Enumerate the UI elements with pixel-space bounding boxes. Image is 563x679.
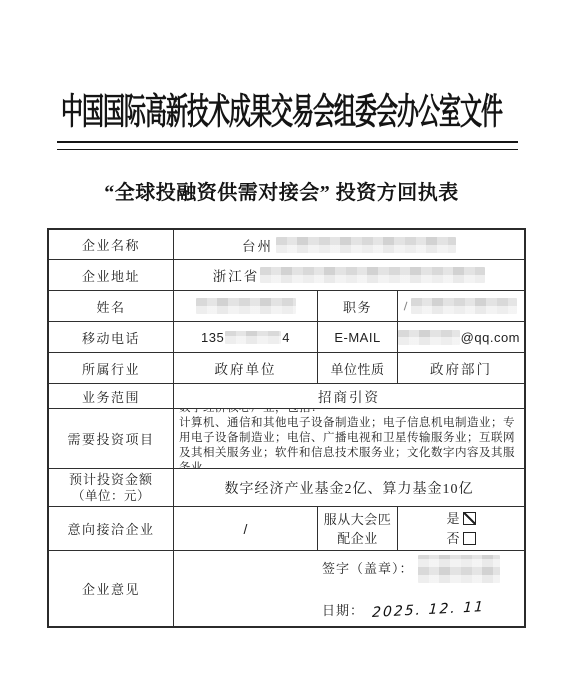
label-position: 职务 bbox=[318, 291, 398, 322]
redaction-contact-name bbox=[196, 298, 296, 314]
company-address-visible-text: 浙江省 bbox=[213, 265, 260, 285]
value-contact-name bbox=[174, 291, 318, 322]
redaction-email bbox=[398, 330, 460, 345]
value-company-address: 浙江省 bbox=[174, 260, 524, 291]
form-title: “全球投融资供需对接会” 投资方回执表 bbox=[0, 176, 563, 205]
redaction-company-address bbox=[260, 267, 485, 283]
label-mobile-phone: 移动电话 bbox=[49, 322, 174, 353]
date-label: 日期： bbox=[322, 600, 364, 619]
label-company-address: 企业地址 bbox=[49, 260, 174, 291]
label-company-name: 企业名称 bbox=[49, 230, 174, 260]
document-title: 中国国际高新技术成果交易会组委会办公室文件 bbox=[0, 89, 563, 126]
document-title-text: 中国国际高新技术成果交易会组委会办公室文件 bbox=[61, 84, 502, 134]
label-investment-amount: 预计投资金额 （单位：元） bbox=[49, 469, 174, 507]
redaction-fragment bbox=[404, 301, 411, 311]
signature-label: 签字（盖章）： bbox=[322, 558, 414, 577]
value-intent-companies: / bbox=[174, 507, 318, 551]
redaction-company-name bbox=[276, 237, 456, 253]
scanned-document-page: 中国国际高新技术成果交易会组委会办公室文件 “全球投融资供需对接会” 投资方回执… bbox=[0, 0, 563, 679]
label-intent-companies: 意向接洽企业 bbox=[49, 507, 174, 551]
yes-checkbox bbox=[463, 512, 476, 525]
label-investment-projects: 需要投资项目 bbox=[49, 409, 174, 469]
value-industry: 政府单位 bbox=[174, 353, 318, 384]
value-investment-projects: 数字经济核心产业，包括： 计算机、通信和其他电子设备制造业；电子信息机电制造业；… bbox=[174, 409, 524, 469]
label-business-scope: 业务范围 bbox=[49, 384, 174, 409]
value-business-scope: 招商引资 bbox=[174, 384, 524, 409]
signature-line: 签字（盖章）： bbox=[322, 558, 500, 583]
label-unit-type: 单位性质 bbox=[318, 353, 398, 384]
header-divider-rule bbox=[57, 141, 518, 150]
label-industry: 所属行业 bbox=[49, 353, 174, 384]
label-match-companies: 服从大会匹配企业 bbox=[318, 507, 398, 551]
phone-end-digit: 4 bbox=[282, 330, 290, 345]
value-company-name: 台州 bbox=[174, 230, 524, 260]
redaction-phone bbox=[225, 331, 281, 344]
yes-option: 是 bbox=[446, 509, 475, 529]
value-company-opinion: 签字（盖章）： 日期： 2025. 12. 11 bbox=[174, 551, 524, 626]
redaction-signature bbox=[418, 555, 500, 583]
no-checkbox bbox=[463, 532, 476, 545]
value-investment-amount: 数字经济产业基金2亿、算力基金10亿 bbox=[174, 469, 524, 507]
label-email: E-MAIL bbox=[318, 322, 398, 353]
investment-amount-label-line1: 预计投资金额 bbox=[69, 471, 153, 488]
yes-label: 是 bbox=[446, 509, 459, 529]
no-option: 否 bbox=[446, 529, 475, 549]
value-position bbox=[398, 291, 524, 322]
no-label: 否 bbox=[446, 529, 459, 549]
value-email: @qq.com bbox=[398, 322, 524, 353]
email-suffix: @qq.com bbox=[461, 330, 520, 345]
investment-projects-text: 数字经济核心产业，包括： 计算机、通信和其他电子设备制造业；电子信息机电制造业；… bbox=[174, 409, 524, 469]
value-unit-type: 政府部门 bbox=[398, 353, 524, 384]
value-match-companies: 是 否 bbox=[398, 507, 524, 551]
company-name-visible-text: 台州 bbox=[242, 235, 273, 255]
handwritten-date: 2025. 12. 11 bbox=[372, 599, 486, 621]
value-mobile-phone: 135 4 bbox=[174, 322, 318, 353]
phone-start-digits: 135 bbox=[201, 330, 224, 345]
date-line: 日期： 2025. 12. 11 bbox=[322, 600, 485, 619]
label-company-opinion: 企业意见 bbox=[49, 551, 174, 626]
receipt-form-table: 企业名称 台州 企业地址 浙江省 姓名 职务 移动电话 135 4 E-MAIL bbox=[47, 228, 526, 628]
label-contact-name: 姓名 bbox=[49, 291, 174, 322]
match-companies-label-text: 服从大会匹配企业 bbox=[318, 510, 397, 548]
investment-amount-label-line2: （单位：元） bbox=[72, 488, 150, 505]
redaction-position bbox=[411, 298, 517, 314]
